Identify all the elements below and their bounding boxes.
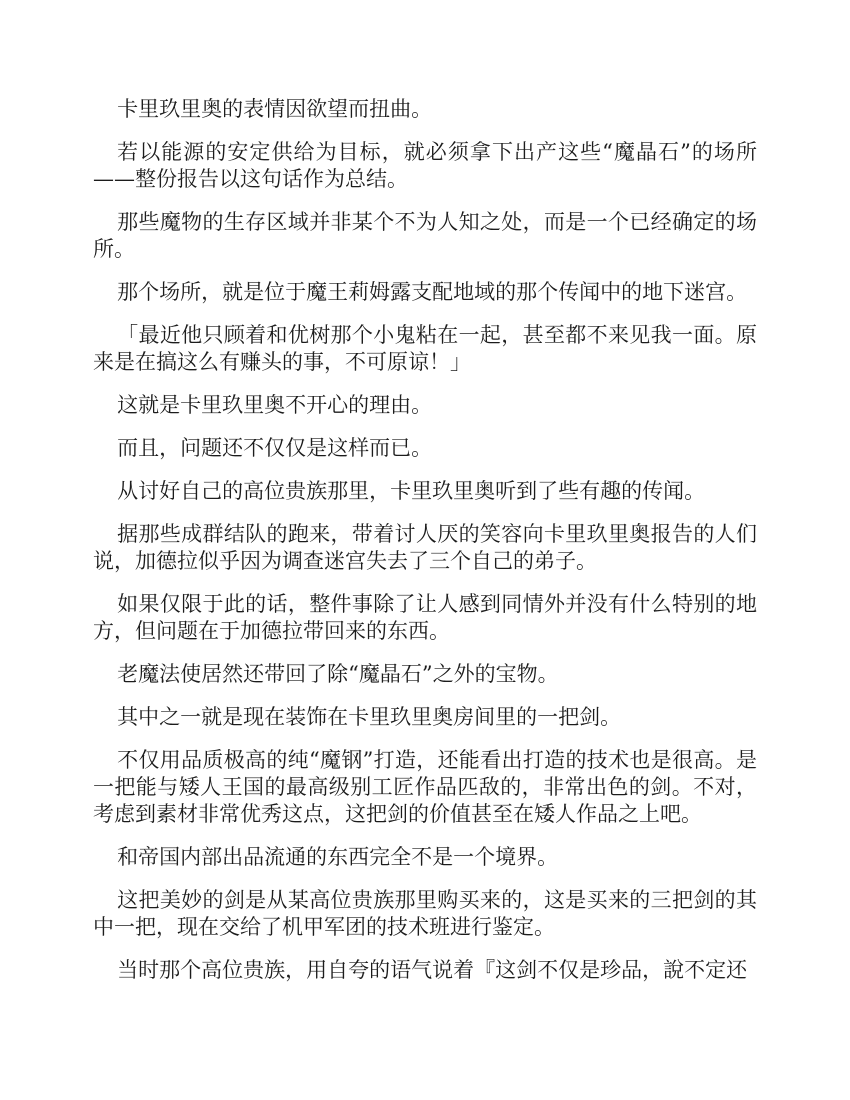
paragraph-3: 那些魔物的生存区域并非某个不为人知之处，而是一个已经确定的场所。	[93, 209, 757, 263]
paragraph-12: 其中之一就是现在装饰在卡里玖里奥房间里的一把剑。	[93, 704, 757, 731]
document-page: 卡里玖里奥的表情因欲望而扭曲。 若以能源的安定供给为目标，就必须拿下出产这些“魔…	[0, 0, 850, 1100]
paragraph-16: 当时那个高位贵族，用自夸的语气说着『这剑不仅是珍品，說不定还	[93, 957, 757, 984]
paragraph-15: 这把美妙的剑是从某高位贵族那里购买来的，这是买来的三把剑的其中一把，现在交给了机…	[93, 887, 757, 941]
paragraph-13: 不仅用品质极高的纯“魔钢”打造，还能看出打造的技术也是很高。是一把能与矮人王国的…	[93, 747, 757, 828]
paragraph-10: 如果仅限于此的话，整件事除了让人感到同情外并没有什么特别的地方，但问题在于加德拉…	[93, 591, 757, 645]
paragraph-5: 「最近他只顾着和优树那个小鬼粘在一起，甚至都不来见我一面。原来是在搞这么有赚头的…	[93, 322, 757, 376]
paragraph-14: 和帝国内部出品流通的东西完全不是一个境界。	[93, 844, 757, 871]
paragraph-2: 若以能源的安定供给为目标，就必须拿下出产这些“魔晶石”的场所——整份报告以这句话…	[93, 139, 757, 193]
paragraph-9: 据那些成群结队的跑来，带着讨人厌的笑容向卡里玖里奥报告的人们说，加德拉似乎因为调…	[93, 521, 757, 575]
paragraph-4: 那个场所，就是位于魔王莉姆露支配地域的那个传闻中的地下迷宫。	[93, 279, 757, 306]
paragraph-8: 从讨好自己的高位贵族那里，卡里玖里奥听到了些有趣的传闻。	[93, 478, 757, 505]
paragraph-7: 而且，问题还不仅仅是这样而已。	[93, 435, 757, 462]
paragraph-11: 老魔法使居然还带回了除“魔晶石”之外的宝物。	[93, 661, 757, 688]
paragraph-6: 这就是卡里玖里奥不开心的理由。	[93, 392, 757, 419]
paragraph-1: 卡里玖里奥的表情因欲望而扭曲。	[93, 96, 757, 123]
